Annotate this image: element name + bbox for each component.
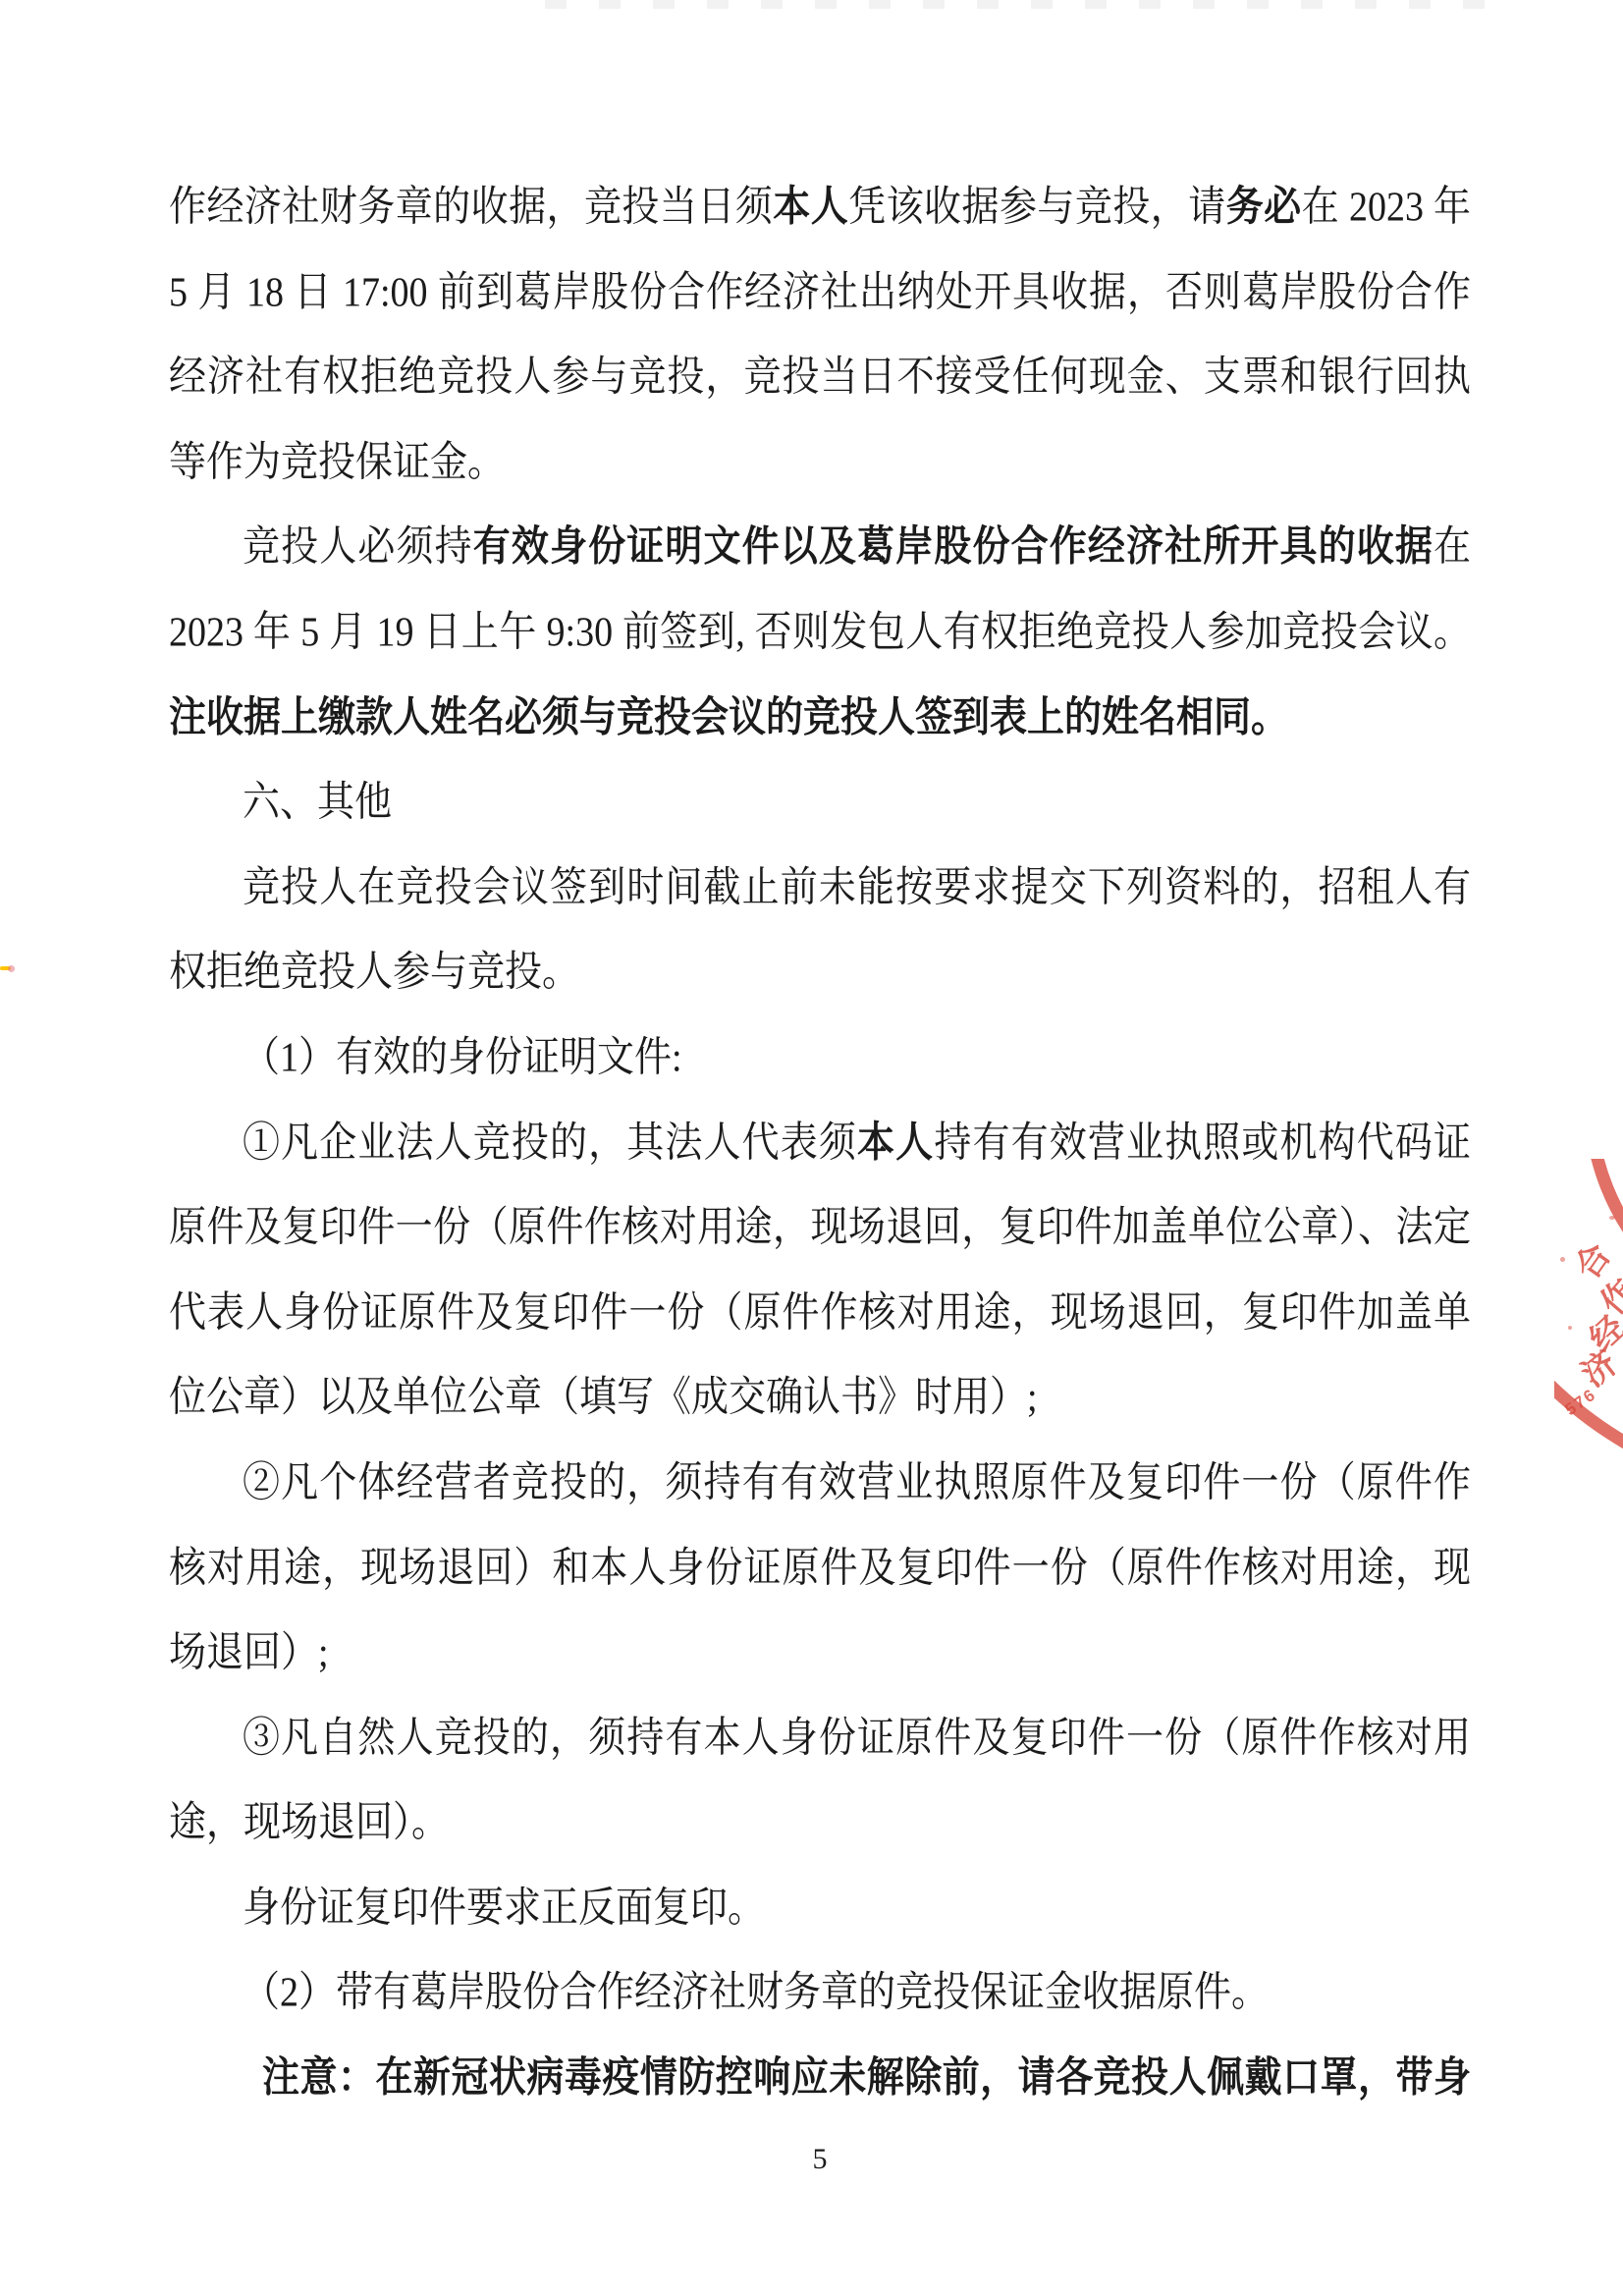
text-line: 途，现场退回）。 (169, 1776, 1471, 1871)
text-line: 注收据上缴款人姓名必须与竞投会议的竞投人签到表上的姓名相同。 (169, 670, 1471, 765)
text-segment: ③凡自然人竞投的，须持有本人身份证原件及复印件一份（原件作核对用 (243, 1715, 1471, 1761)
document-body: 作经济社财务章的收据，竞投当日须本人凭该收据参与竞投，请务必在 2023 年5 … (169, 165, 1471, 2121)
seal-character: 济 (1570, 1338, 1623, 1396)
text-segment: 六、其他 (243, 780, 392, 826)
text-line: 六、其他 (169, 755, 1471, 850)
text-line: （2）带有葛岸股份合作经济社财务章的竞投保证金收据原件。 (169, 1945, 1471, 2041)
scan-artifact-top-edge (545, 0, 1502, 9)
text-segment: 场退回）; (169, 1630, 329, 1676)
document-page: 作经济社财务章的收据，竞投当日须本人凭该收据参与竞投，请务必在 2023 年5 … (0, 0, 1623, 2296)
text-line: 2023 年 5 月 19 日上午 9:30 前签到, 否则发包人有权拒绝竞投人… (169, 585, 1471, 681)
text-line: 权拒绝竞投人参与竞投。 (169, 925, 1471, 1020)
seal-ring-outer-arc (1554, 1159, 1623, 1469)
seal-ring-inner-arc (1584, 1159, 1623, 1342)
text-segment: 等作为竞投保证金。 (169, 439, 505, 485)
text-line: 作经济社财务章的收据，竞投当日须本人凭该收据参与竞投，请务必在 2023 年 (169, 160, 1471, 255)
text-segment: 代表人身份证原件及复印件一份（原件作核对用途，现场退回，复印件加盖单 (169, 1289, 1471, 1336)
text-line: 身份证复印件要求正反面复印。 (169, 1861, 1471, 1956)
seal-ink-speck (1609, 1216, 1615, 1220)
seal-character: 作 (1587, 1267, 1623, 1324)
text-line: ③凡自然人竞投的，须持有本人身份证原件及复印件一份（原件作核对用 (169, 1690, 1471, 1785)
text-segment: 竞投人必须持 (243, 524, 473, 571)
text-segment: 本人 (773, 184, 848, 230)
text-line: 代表人身份证原件及复印件一份（原件作核对用途，现场退回，复印件加盖单 (169, 1266, 1471, 1361)
text-segment: 凭该收据参与竞投，请 (848, 184, 1226, 230)
text-line: ①凡企业法人竞投的，其法人代表须本人持有有效营业执照或机构代码证 (169, 1095, 1471, 1190)
seal-digits: 576 (1561, 1385, 1600, 1420)
text-segment: ②凡个体经营者竞投的，须持有有效营业执照原件及复印件一份（原件作 (243, 1459, 1471, 1505)
text-segment: 核对用途，现场退回）和本人身份证原件及复印件一份（原件作核对用途，现 (169, 1545, 1471, 1591)
seal-ink-speck (1568, 1326, 1572, 1330)
seal-character: 经 (1577, 1302, 1623, 1360)
text-segment: 2023 年 5 月 19 日上午 9:30 前签到, 否则发包人有权拒绝竞投人… (169, 609, 1471, 655)
text-segment: 竞投人在竞投会议签到时间截止前未能按要求提交下列资料的，招租人有 (243, 864, 1471, 910)
text-segment: 有效身份证明文件以及葛岸股份合作经济社所开具的收据 (473, 524, 1434, 571)
text-segment: 身份证复印件要求正反面复印。 (243, 1885, 765, 1931)
text-segment: 务必 (1226, 184, 1302, 230)
seal-character: 合 (1561, 1232, 1620, 1287)
text-line: 原件及复印件一份（原件作核对用途，现场退回，复印件加盖单位公章）、法定 (169, 1180, 1471, 1276)
text-line: 5 月 18 日 17:00 前到葛岸股份合作经济社出纳处开具收据，否则葛岸股份… (169, 245, 1471, 340)
text-line: 竞投人在竞投会议签到时间截止前未能按要求提交下列资料的，招租人有 (169, 841, 1471, 936)
text-line: 经济社有权拒绝竞投人参与竞投，竞投当日不接受任何现金、支票和银行回执 (169, 330, 1471, 425)
text-segment: （2）带有葛岸股份合作经济社财务章的竞投保证金收据原件。 (243, 1970, 1269, 2016)
text-line: 竞投人必须持有效身份证明文件以及葛岸股份合作经济社所开具的收据在 (169, 500, 1471, 595)
text-segment: 在 2023 年 (1302, 184, 1471, 230)
text-segment: 5 月 18 日 17:00 前到葛岸股份合作经济社出纳处开具收据，否则葛岸股份… (169, 269, 1471, 315)
text-segment: 在 (1434, 524, 1471, 571)
text-segment: 权拒绝竞投人参与竞投。 (169, 950, 579, 996)
text-segment: 本人 (857, 1120, 934, 1166)
text-line: 等作为竞投保证金。 (169, 415, 1471, 511)
red-seal-stamp: 576 合作经济 (1554, 1159, 1623, 1469)
text-segment: 途，现场退回）。 (169, 1800, 449, 1846)
text-segment: 作经济社财务章的收据，竞投当日须 (169, 184, 773, 230)
text-segment: （1）有效的身份证明文件: (243, 1034, 682, 1080)
text-segment: ①凡企业法人竞投的，其法人代表须 (243, 1120, 857, 1166)
text-line: ②凡个体经营者竞投的，须持有有效营业执照原件及复印件一份（原件作 (169, 1436, 1471, 1531)
scan-artifact-pink-dot (8, 965, 15, 972)
text-segment: 注意：在新冠状病毒疫情防控响应未解除前，请各竞投人佩戴口罩，带身 (262, 2055, 1471, 2102)
text-line: （1）有效的身份证明文件: (169, 1011, 1471, 1106)
text-line: 注意：在新冠状病毒疫情防控响应未解除前，请各竞投人佩戴口罩，带身 (169, 2031, 1471, 2126)
text-line: 核对用途，现场退回）和本人身份证原件及复印件一份（原件作核对用途，现 (169, 1520, 1471, 1615)
text-line: 场退回）; (169, 1606, 1471, 1701)
text-segment: 持有有效营业执照或机构代码证 (934, 1120, 1471, 1166)
text-line: 位公章）以及单位公章（填写《成交确认书》时用）; (169, 1350, 1471, 1446)
text-segment: 位公章）以及单位公章（填写《成交确认书》时用）; (169, 1375, 1038, 1421)
text-segment: 经济社有权拒绝竞投人参与竞投，竞投当日不接受任何现金、支票和银行回执 (169, 355, 1471, 401)
seal-ink-speck (1560, 1257, 1565, 1262)
page-number: 5 (169, 2143, 1471, 2176)
text-segment: 注收据上缴款人姓名必须与竞投会议的竞投人签到表上的姓名相同。 (169, 694, 1288, 740)
text-segment: 原件及复印件一份（原件作核对用途，现场退回，复印件加盖单位公章）、法定 (169, 1205, 1471, 1251)
